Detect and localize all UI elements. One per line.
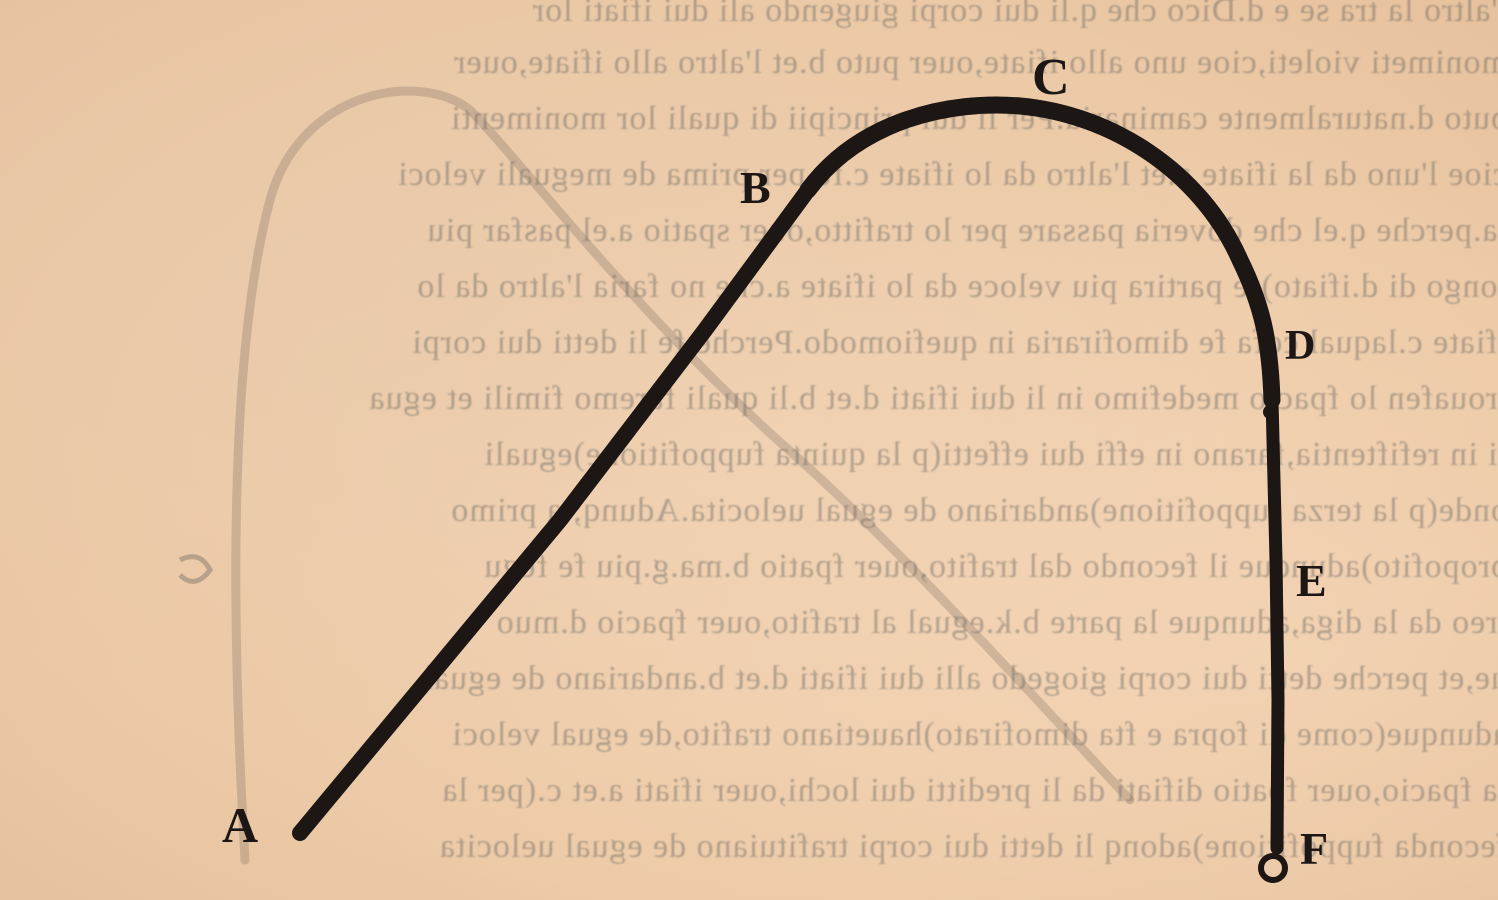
arc-b-c-d (808, 105, 1272, 400)
label-f: F (1300, 826, 1328, 872)
trajectory-diagram (0, 0, 1498, 900)
segment-a-b (300, 190, 808, 833)
segment-d-f (1272, 400, 1278, 848)
label-e: E (1296, 558, 1327, 604)
scanned-page: l'altro la tra se e d.Dico che q.li dui … (0, 0, 1498, 900)
mark-near-d (1263, 405, 1277, 419)
label-c: C (1032, 52, 1070, 104)
endpoint-f-circle (1261, 856, 1285, 880)
label-d: D (1285, 325, 1315, 367)
label-b: B (740, 165, 771, 211)
label-a: A (222, 800, 258, 850)
